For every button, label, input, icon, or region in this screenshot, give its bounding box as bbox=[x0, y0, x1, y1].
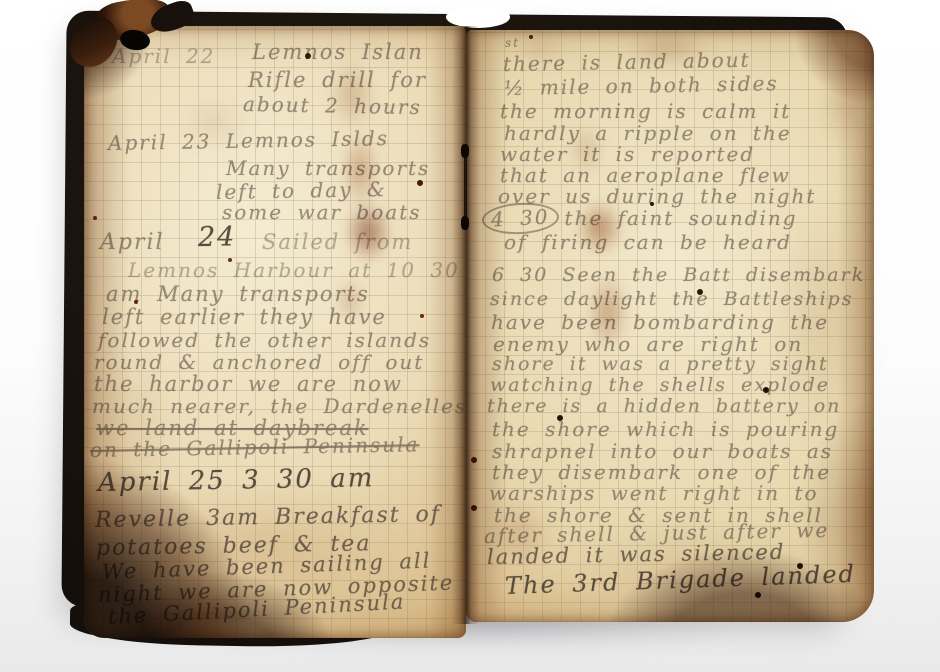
handwriting-line: have been bombarding the bbox=[491, 310, 829, 334]
handwriting-line: shore it was a pretty sight bbox=[492, 353, 829, 375]
handwriting-line: Sailed from bbox=[262, 230, 413, 254]
handwriting-line: followed the other islands bbox=[98, 328, 431, 352]
handwriting-line: the shore which is pouring bbox=[492, 417, 839, 441]
handwriting-line: much nearer, the Dardenelles bbox=[92, 394, 467, 418]
handwriting-line: left earlier they have bbox=[102, 305, 387, 329]
handwriting-line: 24 bbox=[198, 222, 236, 253]
diary-photo: April 22Lemnos IslanRifle drill forabout… bbox=[0, 0, 940, 672]
handwriting-line: Many transports bbox=[226, 156, 430, 180]
handwriting-line: the morning is calm it bbox=[500, 99, 791, 123]
handwriting-line: am Many transports bbox=[106, 282, 370, 306]
handwriting-line: April 23 Lemnos Islds bbox=[108, 126, 389, 155]
handwriting-line: Rifle drill for bbox=[248, 68, 427, 92]
handwriting-line: on the Gallipoli Peninsula bbox=[90, 432, 420, 462]
handwriting-line: st bbox=[505, 36, 520, 50]
handwriting-line: 6 30 Seen the Batt disembark bbox=[492, 264, 865, 286]
handwriting-line: of firing can be heard bbox=[504, 230, 792, 254]
handwriting-line: round & anchored off out bbox=[94, 350, 424, 374]
handwriting-line: some war boats bbox=[222, 200, 422, 224]
handwriting-line: Revelle 3am Breakfast of bbox=[95, 502, 441, 533]
handwriting-line: April bbox=[100, 230, 165, 255]
handwriting-line: warships went right in to bbox=[489, 481, 819, 505]
handwriting-line: ½ mile on both sides bbox=[504, 71, 779, 100]
handwriting-line: Lemnos Islan bbox=[252, 40, 424, 64]
handwriting-line: about 2 hours bbox=[243, 92, 422, 119]
handwriting-layer: April 22Lemnos IslanRifle drill forabout… bbox=[0, 0, 940, 672]
handwriting-line: there is a hidden battery on bbox=[487, 395, 841, 417]
handwriting-line: the harbor we are now bbox=[94, 372, 403, 396]
handwriting-line: watching the shells explode bbox=[490, 374, 830, 396]
handwriting-line: April 25 3 30 am bbox=[98, 463, 375, 498]
handwriting-line: since daylight the Battleships bbox=[490, 288, 853, 310]
handwriting-line: Lemnos Harbour at 10 30 bbox=[128, 258, 460, 282]
